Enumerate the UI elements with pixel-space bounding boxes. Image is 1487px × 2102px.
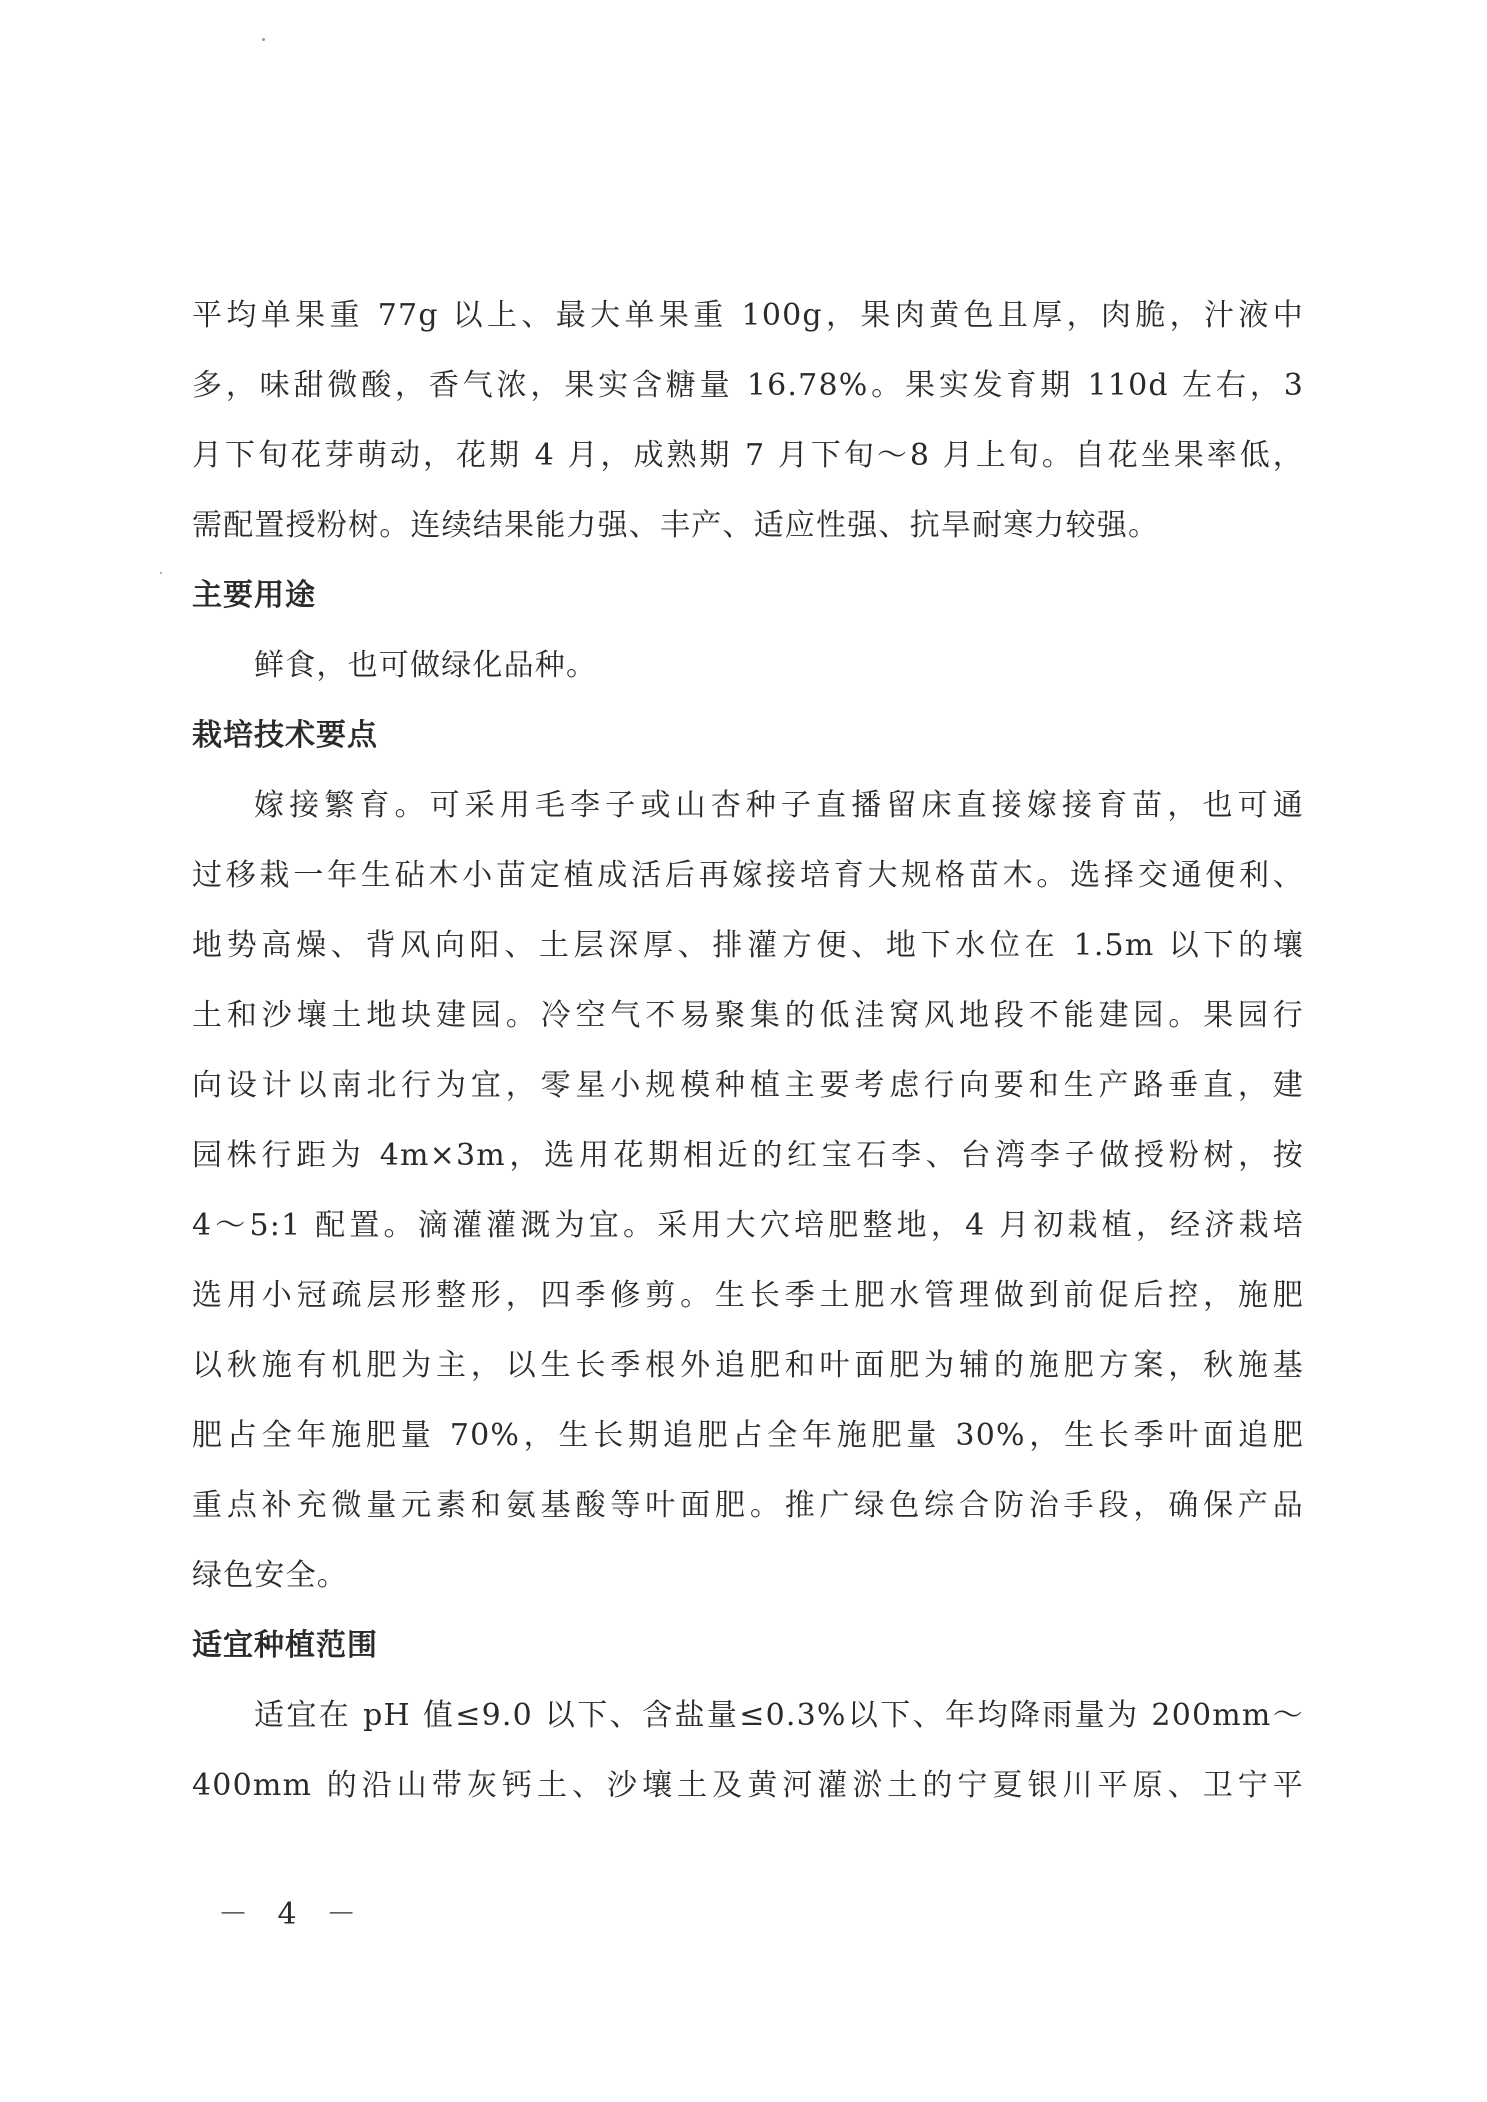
section-heading-suitable-range: 适宜种植范围: [192, 1626, 378, 1666]
document-page: 平均单果重 77g 以上、最大单果重 100g，果肉黄色且厚，肉脆，汁液中 多，…: [0, 0, 1487, 2102]
paragraph-line: 适宜在 pH 值≤9.0 以下、含盐量≤0.3%以下、年均降雨量为 200mm～: [254, 1696, 1304, 1736]
paragraph-line: 过移栽一年生砧木小苗定植成活后再嫁接培育大规格苗木。选择交通便利、: [192, 856, 1304, 896]
paragraph-line: 400mm 的沿山带灰钙土、沙壤土及黄河灌淤土的宁夏银川平原、卫宁平: [192, 1766, 1304, 1806]
paragraph-line: 需配置授粉树。连续结果能力强、丰产、适应性强、抗旱耐寒力较强。: [192, 506, 1304, 546]
section-heading-main-use: 主要用途: [192, 576, 316, 616]
paragraph-line: 肥占全年施肥量 70%，生长期追肥占全年施肥量 30%，生长季叶面追肥: [192, 1416, 1304, 1456]
paragraph-line: 土和沙壤土地块建园。冷空气不易聚集的低洼窝风地段不能建园。果园行: [192, 996, 1304, 1036]
scan-speck: [262, 38, 265, 41]
paragraph-line: 多，味甜微酸，香气浓，果实含糖量 16.78%。果实发育期 110d 左右，3: [192, 366, 1304, 406]
section-heading-cultivation: 栽培技术要点: [192, 716, 378, 756]
paragraph-line: 鲜食，也可做绿化品种。: [254, 646, 1304, 686]
paragraph-line: 绿色安全。: [192, 1556, 1304, 1596]
paragraph-line: 重点补充微量元素和氨基酸等叶面肥。推广绿色综合防治手段，确保产品: [192, 1486, 1304, 1526]
paragraph-line: 以秋施有机肥为主，以生长季根外追肥和叶面肥为辅的施肥方案，秋施基: [192, 1346, 1304, 1386]
paragraph-line: 园株行距为 4m×3m，选用花期相近的红宝石李、台湾李子做授粉树，按: [192, 1136, 1304, 1176]
paragraph-line: 地势高燥、背风向阳、土层深厚、排灌方便、地下水位在 1.5m 以下的壤: [192, 926, 1304, 966]
page-number: － 4 －: [218, 1895, 366, 1935]
paragraph-line: 嫁接繁育。可采用毛李子或山杏种子直播留床直接嫁接育苗，也可通: [254, 786, 1304, 826]
paragraph-line: 选用小冠疏层形整形，四季修剪。生长季土肥水管理做到前促后控，施肥: [192, 1276, 1304, 1316]
scan-speck: [160, 572, 162, 574]
paragraph-line: 平均单果重 77g 以上、最大单果重 100g，果肉黄色且厚，肉脆，汁液中: [192, 296, 1304, 336]
paragraph-line: 月下旬花芽萌动，花期 4 月，成熟期 7 月下旬～8 月上旬。自花坐果率低，: [192, 436, 1304, 476]
paragraph-line: 4～5:1 配置。滴灌灌溉为宜。采用大穴培肥整地，4 月初栽植，经济栽培: [192, 1206, 1304, 1246]
paragraph-line: 向设计以南北行为宜，零星小规模种植主要考虑行向要和生产路垂直，建: [192, 1066, 1304, 1106]
